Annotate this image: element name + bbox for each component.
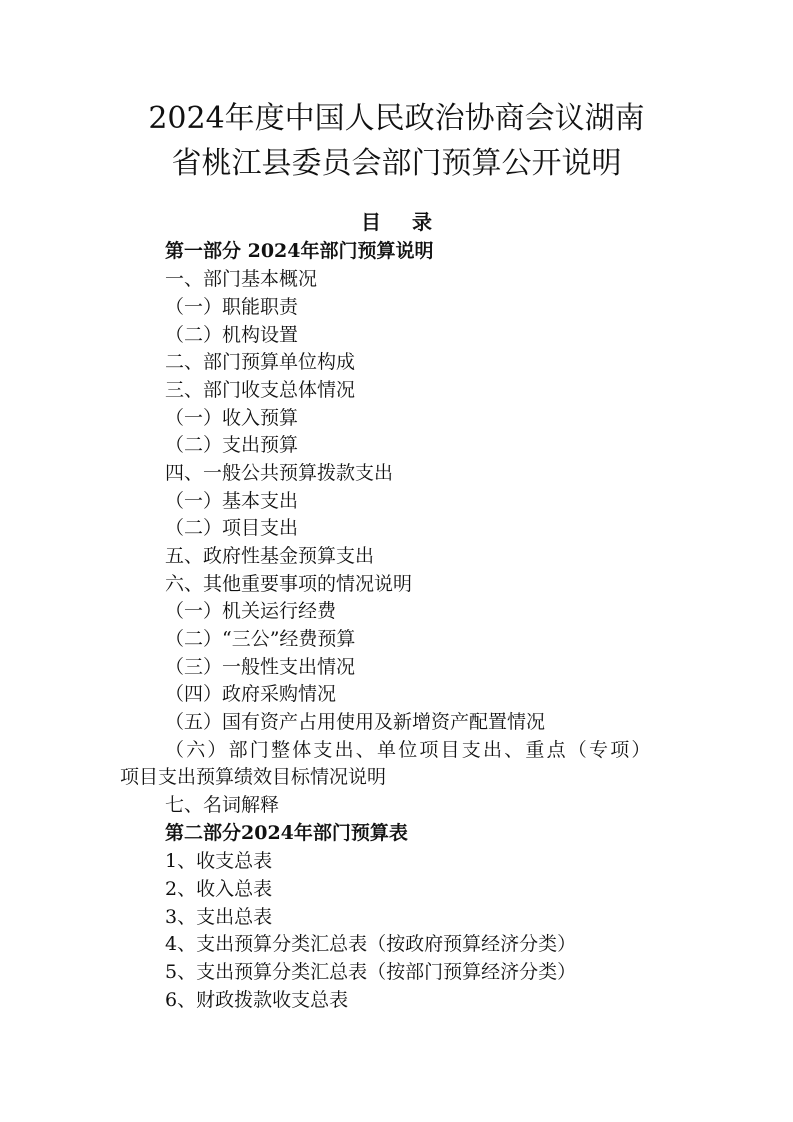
toc-item[interactable]: 六、其他重要事项的情况说明	[165, 571, 412, 598]
toc-item[interactable]: 3、支出总表	[165, 904, 272, 931]
toc-item-continuation[interactable]: 项目支出预算绩效目标情况说明	[120, 764, 386, 791]
toc-item[interactable]: 四、一般公共预算拨款支出	[165, 460, 393, 487]
toc-item[interactable]: （二）机构设置	[165, 322, 298, 349]
toc-item[interactable]: （二）项目支出	[165, 515, 298, 542]
toc-item[interactable]: （一）机关运行经费	[165, 598, 336, 625]
toc-item[interactable]: 五、政府性基金预算支出	[165, 543, 374, 570]
toc-item[interactable]: 一、部门基本概况	[165, 266, 317, 293]
toc-item[interactable]: （二）“三公”经费预算	[165, 626, 355, 653]
toc-item[interactable]: （一）基本支出	[165, 488, 298, 515]
toc-item[interactable]: 4、支出预算分类汇总表（按政府预算经济分类）	[165, 931, 576, 958]
toc-item[interactable]: 6、财政拨款收支总表	[165, 987, 348, 1014]
toc-item[interactable]: 1、收支总表	[165, 848, 272, 875]
toc-item[interactable]: （五）国有资产占用使用及新增资产配置情况	[165, 709, 545, 736]
toc-item[interactable]: （三）一般性支出情况	[165, 654, 355, 681]
toc-item[interactable]: （四）政府采购情况	[165, 681, 336, 708]
toc-item[interactable]: 七、名词解释	[165, 792, 279, 819]
toc-item[interactable]: （一）职能职责	[165, 294, 298, 321]
document-title-line-2: 省桃江县委员会部门预算公开说明	[0, 142, 793, 186]
document-title-line-1: 2024年度中国人民政治协商会议湖南	[0, 97, 793, 141]
toc-part2-heading[interactable]: 第二部分2024年部门预算表	[165, 820, 408, 847]
toc-heading: 目 录	[0, 206, 793, 235]
toc-item[interactable]: 三、部门收支总体情况	[165, 377, 355, 404]
toc-part1-heading[interactable]: 第一部分 2024年部门预算说明	[165, 238, 434, 265]
toc-item[interactable]: 2、收入总表	[165, 876, 272, 903]
toc-item[interactable]: 二、部门预算单位构成	[165, 349, 355, 376]
toc-item[interactable]: 5、支出预算分类汇总表（按部门预算经济分类）	[165, 959, 576, 986]
toc-item[interactable]: （二）支出预算	[165, 432, 298, 459]
toc-item[interactable]: （六）部门整体支出、单位项目支出、重点（专项）	[165, 737, 653, 764]
toc-item[interactable]: （一）收入预算	[165, 405, 298, 432]
